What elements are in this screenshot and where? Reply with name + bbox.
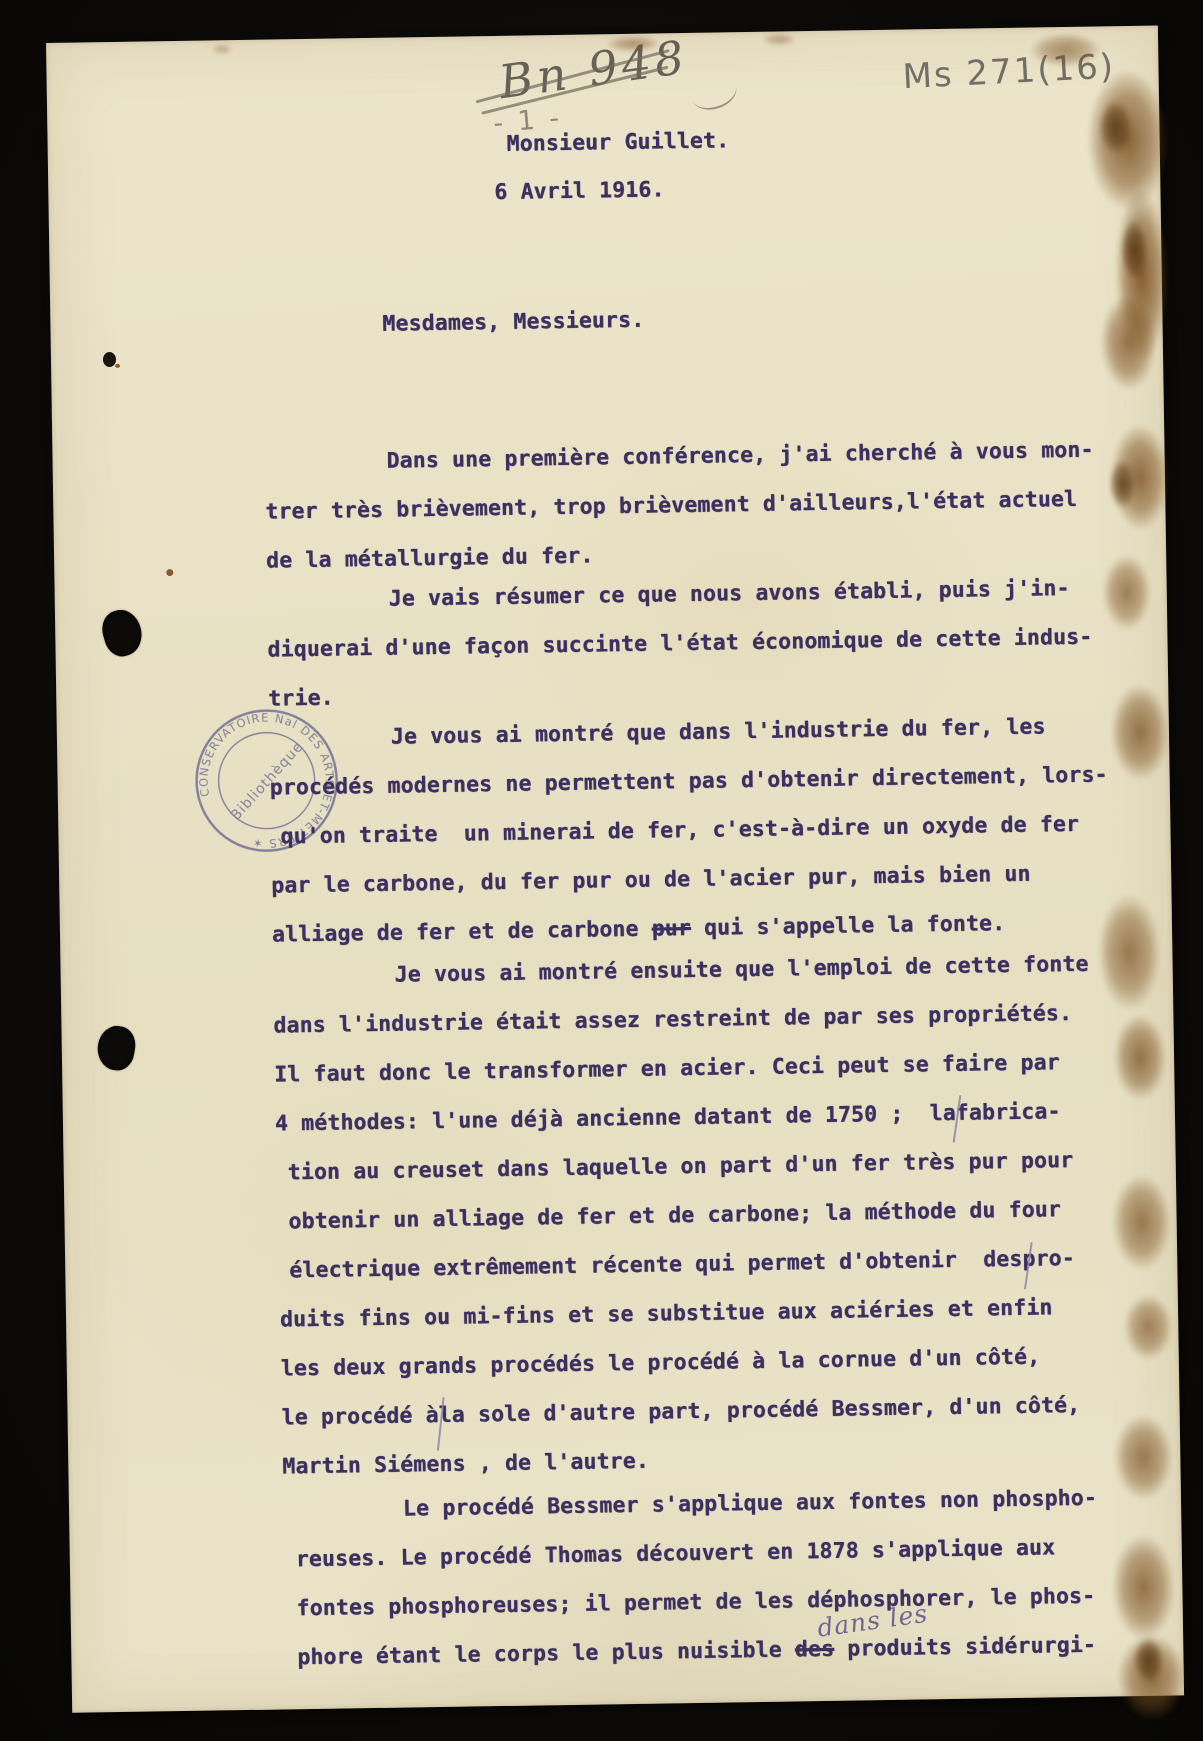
typed-line: par le carbone, du fer pur ou de l'acier… (271, 864, 1031, 897)
foxing-stain (1113, 1015, 1166, 1101)
manuscript-page: Bn 948 - 1 - Ms 271(16) dans les Monsieu… (46, 26, 1184, 1713)
typed-text: qu'on traite un minerai de fer, c'est-à-… (280, 812, 1079, 850)
typed-text: fontes phosphoreuses; il permet de les d… (296, 1584, 1095, 1622)
foxing-stain (1110, 424, 1170, 530)
typed-text: reuses. Le procédé Thomas découvert en 1… (296, 1535, 1056, 1572)
typed-line: alliage de fer et de carbone pur qui s'a… (272, 913, 1006, 946)
foxing-stain (1133, 1638, 1164, 1682)
typed-line: Dans une première conférence, j'ai cherc… (386, 440, 1093, 473)
typed-text: obtenir un alliage de fer et de carbone;… (288, 1197, 1061, 1234)
foxing-stain (1098, 895, 1162, 1011)
typed-line: procédés modernes ne permettent pas d'ob… (270, 764, 1108, 799)
scan-background: { "annotations": { "catalog_code": "Bn 9… (0, 0, 1203, 1741)
foxing-stain (1112, 1174, 1171, 1270)
typed-line: fontes phosphoreuses; il permet de les d… (296, 1586, 1095, 1620)
typed-text: 4 méthodes: l'une déjà ancienne datant d… (275, 1099, 1061, 1136)
foxing-stain (1117, 1634, 1186, 1720)
typed-line: Je vous ai montré que dans l'industrie d… (391, 716, 1046, 748)
salutation-line: Mesdames, Messieurs. (382, 310, 644, 336)
typed-line: 4 méthodes: l'une déjà ancienne datant d… (275, 1101, 1061, 1135)
typed-line: de la métallurgie du fer. (266, 545, 594, 572)
foxing-stain (1102, 555, 1151, 631)
typed-text: Il faut donc le transformer en acier. Ce… (274, 1050, 1060, 1087)
typed-text: les deux grands procédés le procédé à la… (281, 1345, 1041, 1382)
foxing-stain (1112, 1534, 1176, 1640)
typed-text: tion au creuset dans laquelle on part d'… (288, 1148, 1074, 1185)
foxing-stain (1121, 220, 1148, 280)
typed-text: Je vous ai montré ensuite que l'emploi d… (394, 952, 1088, 988)
typed-line: phore étant le corps le plus nuisible de… (297, 1635, 1096, 1669)
punch-hole (95, 1023, 138, 1072)
typed-text: Dans une première conférence, j'ai cherc… (386, 438, 1093, 474)
addressee-line: Monsieur Guillet. (506, 130, 729, 155)
typed-text: qui s'appelle la fonte. (691, 911, 1006, 941)
typed-line: tion au creuset dans laquelle on part d'… (288, 1150, 1074, 1184)
foxing-stain (212, 44, 232, 54)
foxing-stain (1124, 1294, 1173, 1360)
date-line: 6 Avril 1916. (494, 179, 665, 203)
paper-speck (115, 364, 120, 368)
typed-line: trer très brièvement, trop brièvement d'… (265, 489, 1077, 523)
typed-text: le procédé àla sole d'autre part, procéd… (281, 1393, 1080, 1431)
typed-line: reuses. Le procédé Thomas découvert en 1… (296, 1537, 1056, 1570)
typed-line: les deux grands procédés le procédé à la… (281, 1347, 1041, 1380)
catalog-code-annotation: Bn 948 (496, 30, 691, 110)
typed-text: produits sidérurgi- (834, 1633, 1096, 1662)
typed-text: dans l'industrie était assez restreint d… (273, 1001, 1072, 1039)
foxing-stain (1109, 460, 1136, 508)
typed-line: obtenir un alliage de fer et de carbone;… (288, 1199, 1061, 1233)
typed-text: diquerai d'une façon succinte l'état éco… (267, 625, 1092, 663)
typed-line: électrique extrêmement récente qui perme… (289, 1248, 1075, 1282)
typed-text: électrique extrêmement récente qui perme… (289, 1246, 1075, 1283)
typed-line: Il faut donc le transformer en acier. Ce… (274, 1052, 1060, 1086)
manuscript-reference-annotation: Ms 271(16) (902, 47, 1116, 98)
typed-text: Le procédé Bessmer s'applique aux fontes… (403, 1486, 1097, 1522)
typed-text: trer très brièvement, trop brièvement d'… (265, 487, 1077, 525)
typed-line: Martin Siémens , de l'autre. (282, 1451, 649, 1478)
typed-text: Je vous ai montré que dans l'industrie d… (391, 714, 1046, 749)
foxing-stain (1099, 100, 1132, 154)
struck-word: des (795, 1637, 835, 1663)
typed-line: trie. (268, 688, 334, 711)
struck-word: pur (652, 916, 692, 942)
typed-text: phore étant le corps le plus nuisible (297, 1637, 795, 1670)
typed-text: duits fins ou mi-fins et se substitue au… (280, 1295, 1053, 1332)
foxing-stain (1100, 295, 1156, 391)
foxing-stain (1114, 1414, 1173, 1500)
typed-text: Martin Siémens , de l'autre. (282, 1449, 649, 1480)
typed-text: Je vais résumer ce que nous avons établi… (389, 576, 1070, 612)
typed-line: dans l'industrie était assez restreint d… (273, 1003, 1072, 1037)
pencil-tick (691, 82, 741, 116)
typed-text: par le carbone, du fer pur ou de l'acier… (271, 862, 1031, 899)
typed-line: qu'on traite un minerai de fer, c'est-à-… (280, 814, 1079, 848)
typed-line: Je vous ai montré ensuite que l'emploi d… (395, 954, 1089, 986)
punch-hole (98, 606, 147, 661)
typed-line: le procédé àla sole d'autre part, procéd… (281, 1395, 1080, 1429)
foxing-stain (762, 33, 796, 46)
typed-line: diquerai d'une façon succinte l'état éco… (267, 627, 1092, 661)
paper-speck (166, 569, 173, 576)
typed-line: Le procédé Bessmer s'applique aux fontes… (403, 1488, 1097, 1520)
typed-line: Je vais résumer ce que nous avons établi… (389, 578, 1070, 610)
typed-text: procédés modernes ne permettent pas d'ob… (270, 762, 1108, 800)
typed-text: alliage de fer et de carbone (272, 917, 652, 948)
foxing-stain (1114, 189, 1169, 360)
typed-line: duits fins ou mi-fins et se substitue au… (280, 1297, 1053, 1331)
foxing-stain (1087, 69, 1169, 210)
foxing-stain (1110, 684, 1169, 780)
typed-text: trie. (268, 686, 334, 712)
typed-text: de la métallurgie du fer. (266, 543, 594, 573)
